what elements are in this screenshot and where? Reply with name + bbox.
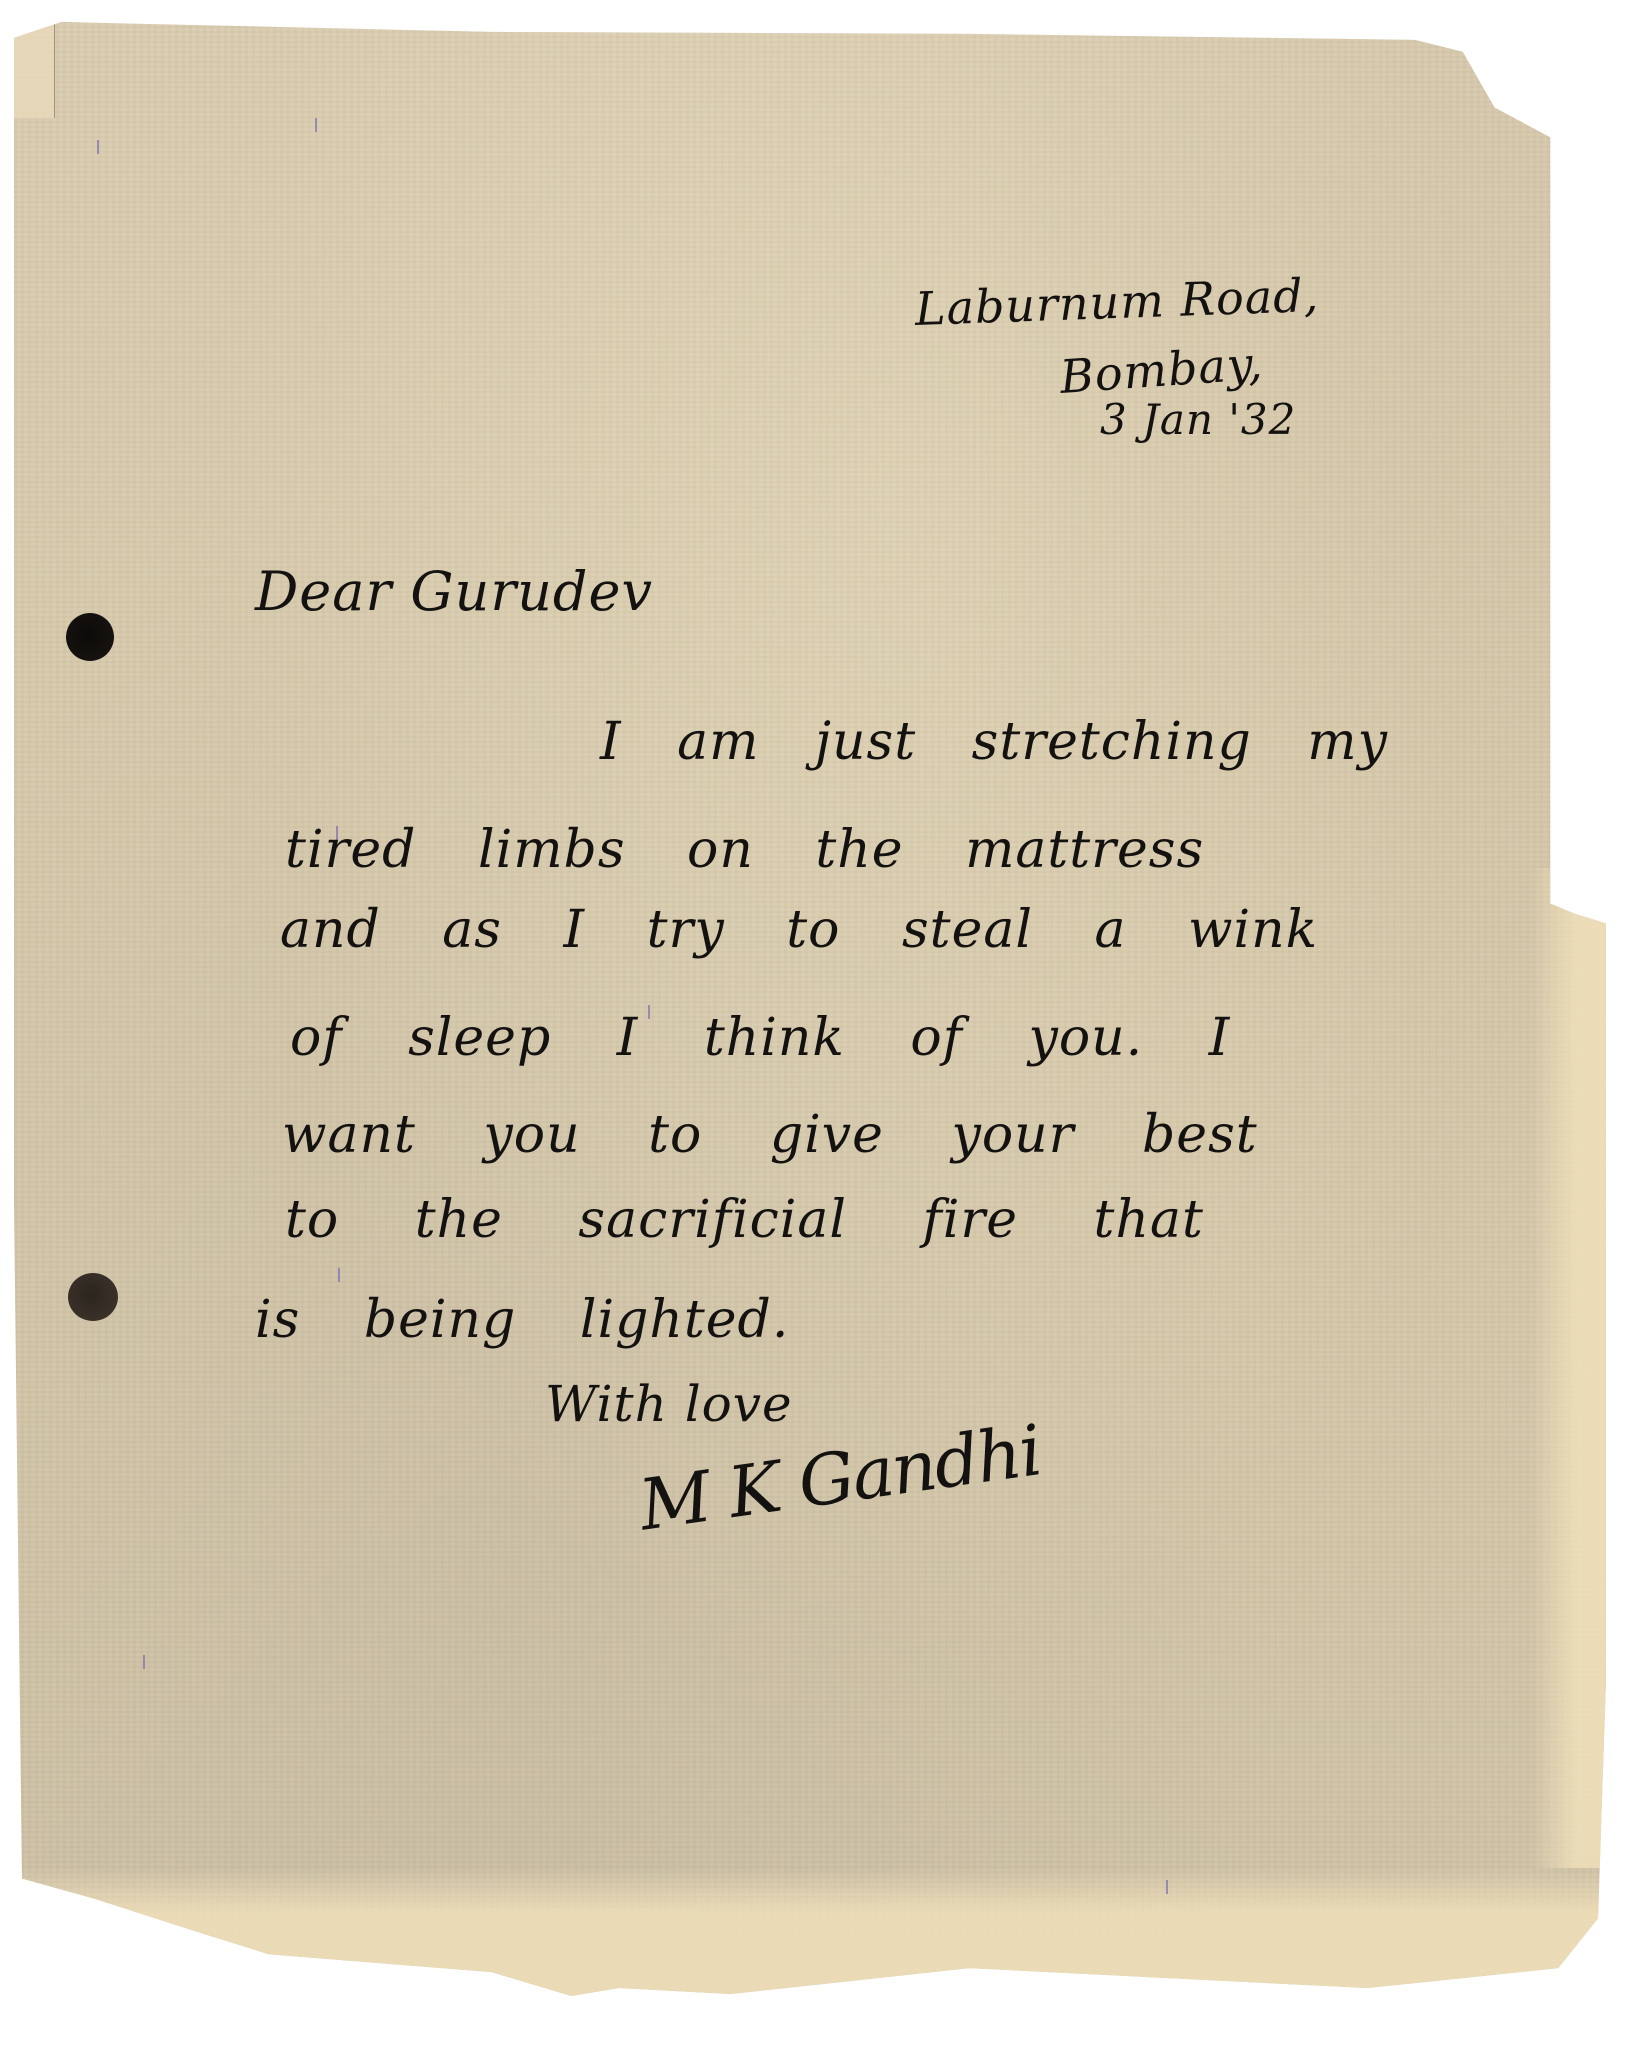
- closing: With love: [545, 1375, 793, 1433]
- body-line: to the sacrificial fire that: [285, 1190, 1204, 1250]
- ink-speck: [315, 118, 317, 132]
- letter-sheet: [14, 8, 1606, 1998]
- ink-speck: [338, 1268, 340, 1282]
- body-line: and as I try to steal a wink: [280, 900, 1318, 960]
- body-line: I am just stretching my: [600, 712, 1388, 772]
- folded-edge-bottom: [14, 1868, 1606, 1998]
- letter-date: 3 Jan '32: [1100, 395, 1296, 444]
- folded-corner-top-left: [14, 8, 55, 118]
- punch-hole-top: [66, 613, 114, 661]
- body-line: tired limbs on the mattress: [285, 820, 1204, 880]
- folded-edge-right: [1531, 868, 1606, 1868]
- body-line: of sleep I think of you. I: [290, 1008, 1230, 1068]
- ink-speck: [143, 1655, 145, 1669]
- punch-hole-bottom: [68, 1273, 118, 1321]
- body-line: want you to give your best: [282, 1105, 1258, 1165]
- ink-speck: [97, 140, 99, 154]
- ink-speck: [1166, 1880, 1168, 1894]
- salutation: Dear Gurudev: [255, 560, 653, 623]
- body-line: is being lighted.: [255, 1290, 789, 1350]
